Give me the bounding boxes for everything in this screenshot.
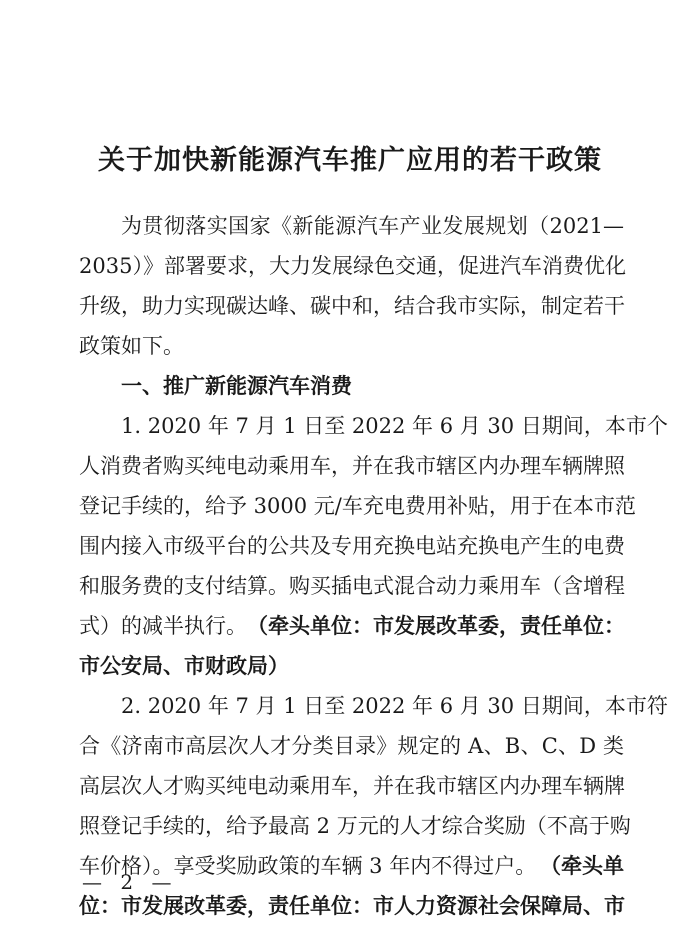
section-heading: 一、推广新能源汽车消费 <box>121 371 624 401</box>
paragraph-line-mixed: 式）的减半执行。 （牵头单位：市发展改革委，责任单位： <box>79 611 624 641</box>
paragraph-line: 升级，助力实现碳达峰、碳中和，结合我市实际，制定若干 <box>79 291 624 321</box>
paragraph-line: 政策如下。 <box>79 331 624 361</box>
paragraph-line: 围内接入市级平台的公共及专用充换电站充换电产生的电费 <box>79 531 624 561</box>
paragraph-line: 2. 2020 年 7 月 1 日至 2022 年 6 月 30 日期间，本市符 <box>121 691 624 721</box>
paragraph-text: 式）的减半执行。 <box>79 611 247 641</box>
page-number: — 2 — <box>82 870 177 894</box>
paragraph-line: 人消费者购买纯电动乘用车，并在我市辖区内办理车辆牌照 <box>79 451 624 481</box>
paragraph-line: 合《济南市高层次人才分类目录》规定的 A、B、C、D 类 <box>79 731 624 761</box>
paragraph-line: 和服务费的支付结算。购买插电式混合动力乘用车（含增程 <box>79 571 624 601</box>
document-title: 关于加快新能源汽车推广应用的若干政策 <box>0 138 700 177</box>
responsible-units: 位：市发展改革委，责任单位：市人力资源社会保障局、市 <box>79 891 624 921</box>
responsible-units: 市公安局、市财政局） <box>79 651 624 681</box>
paragraph-line: 登记手续的，给予 3000 元/车充电费用补贴，用于在本市范 <box>79 491 624 521</box>
responsible-units: （牵头单位：市发展改革委，责任单位： <box>247 611 625 641</box>
paragraph-line: 高层次人才购买纯电动乘用车，并在我市辖区内办理车辆牌 <box>79 771 624 801</box>
responsible-units: （牵头单 <box>540 851 624 881</box>
paragraph-line: 1. 2020 年 7 月 1 日至 2022 年 6 月 30 日期间，本市个 <box>121 411 624 441</box>
paragraph-line: 照登记手续的，给予最高 2 万元的人才综合奖励（不高于购 <box>79 811 624 841</box>
paragraph-line: 2035）》部署要求，大力发展绿色交通，促进汽车消费优化 <box>79 251 624 281</box>
paragraph-line: 为贯彻落实国家《新能源汽车产业发展规划（2021— <box>121 211 624 241</box>
